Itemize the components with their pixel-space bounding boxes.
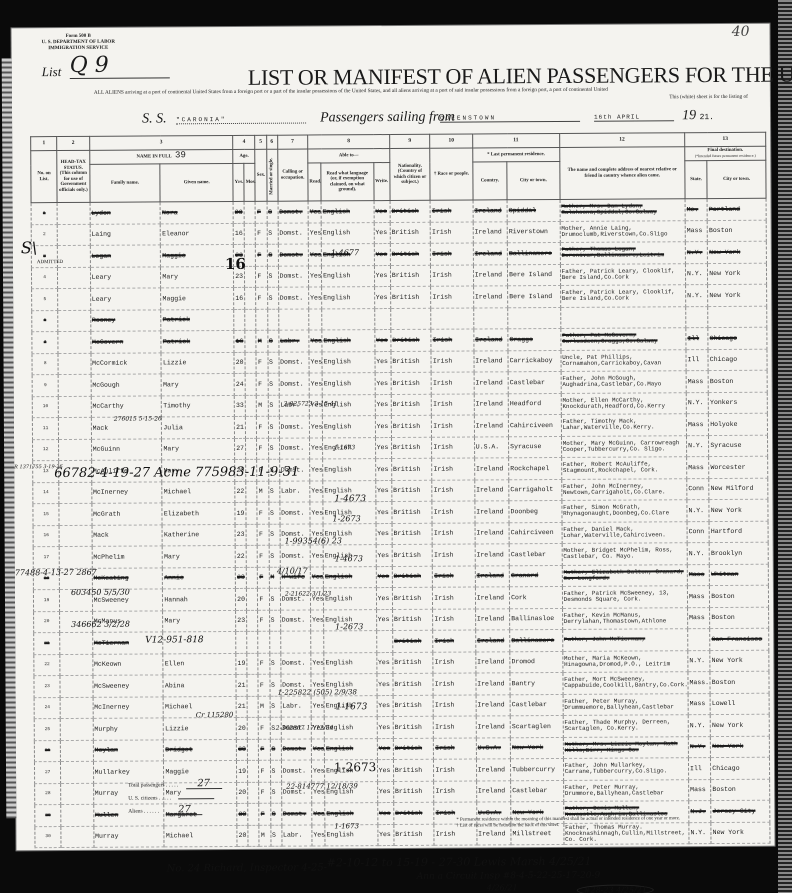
read-language [324, 631, 377, 653]
nationality: British [392, 609, 433, 631]
occupation: Domst. [281, 739, 311, 761]
age-years: 20 [237, 782, 248, 804]
head-tax-status [60, 632, 92, 654]
destination-city: Holyoke [709, 413, 768, 435]
destination-city: New York [710, 714, 769, 736]
age-months [248, 739, 259, 761]
nearest-relative: Mother, Annie Laing, Drumoclumb,Riversto… [560, 220, 685, 242]
note-row20: V12-951-818 [145, 635, 203, 645]
ship-line: S. S. "CARONIA" Passengers sailing from … [142, 108, 762, 130]
row-number: 10 [32, 396, 58, 418]
head-tax-status [59, 396, 91, 418]
can-write: Yes [378, 824, 394, 846]
nationality: British [391, 351, 432, 373]
occupation: Domst. [280, 545, 310, 567]
nationality: British [392, 544, 433, 566]
residence-city: Castlebar [510, 694, 563, 716]
marital-status: S [269, 524, 280, 546]
age-months [247, 696, 258, 718]
read-language: English [322, 265, 375, 287]
nearest-relative: Father, Thomas Logan, Derenivar,Ballinam… [560, 242, 685, 264]
race: Irish [432, 480, 475, 502]
row-number: 7 [32, 332, 58, 354]
residence-city: Cahirciveen [509, 522, 562, 544]
head-tax-status [58, 331, 90, 353]
destination-state: Mass [687, 586, 709, 608]
nearest-relative: Father, John Mullarkey, Carrane,Tubbercu… [563, 758, 688, 780]
residence-city: Ballinamore [507, 242, 560, 264]
nearest-relative: Mother, Mrs. Dan Lydon, Salahoona,Spidda… [560, 199, 685, 221]
given-name: Bridget [164, 739, 237, 761]
race: Irish [433, 651, 476, 673]
race: Irish [433, 694, 476, 716]
race: Irish [432, 523, 475, 545]
destination-city: Chicago [708, 349, 767, 371]
can-read [311, 631, 324, 653]
age-months [246, 438, 257, 460]
nearest-relative: Father, Pat McGovern, Curlusdeen,Craggs,… [561, 328, 686, 350]
sex: F [259, 739, 270, 761]
age-months [246, 395, 257, 417]
header-yrs: Yrs. [233, 163, 244, 201]
occupation: Domst. [279, 438, 309, 460]
given-name: Maggie [161, 287, 234, 309]
row-number: 26 [34, 740, 60, 762]
residence-country: Ireland [476, 716, 510, 738]
sex: F [257, 502, 268, 524]
marital-status: S [270, 696, 281, 718]
nearest-relative: Father, Peter Murray, Drummore,Ballyhean… [563, 779, 688, 801]
sex: F [256, 223, 267, 245]
nationality: British [391, 329, 432, 351]
residence-country: Ireland [474, 415, 508, 437]
destination-city: Worcester [709, 456, 768, 478]
row-number: 15 [33, 504, 59, 526]
header-family-name: Family name. [89, 164, 160, 202]
sex: F [258, 610, 269, 632]
row-number: 5 [32, 289, 58, 311]
nationality: British [390, 286, 431, 308]
residence-country: Ireland [475, 544, 509, 566]
sex: F [258, 588, 269, 610]
destination-state: Mass [689, 779, 711, 801]
admitted-stamp: ADMITTED [37, 260, 63, 265]
family-name: Mack [92, 524, 163, 546]
us-citizens-line: U. S. citizens . . . . . [128, 792, 222, 806]
read-language: English [321, 222, 374, 244]
head-tax-status [59, 503, 91, 525]
row-number: 12 [33, 439, 59, 461]
residence-city: Bere Island [508, 285, 561, 307]
nearest-relative: Father, Timothy Mack, Lahar,Waterville,C… [561, 414, 686, 436]
destination-state: Mass [686, 371, 708, 393]
head-tax-status [61, 804, 93, 826]
final-destination-label: Final destination. [707, 148, 743, 153]
row-number: 24 [34, 697, 60, 719]
row-number: 29 [35, 805, 61, 827]
destination-state: N.Y. [688, 650, 710, 672]
family-name: McInerney [91, 481, 162, 503]
margin-note-row16: 77488-4-13-27 2867 [15, 568, 97, 578]
nearest-relative: Father, Robert McAuliffe, Stagmount,Rock… [561, 457, 686, 479]
marital-status: S [267, 244, 278, 266]
given-name: Nora [160, 201, 233, 223]
departure-date: 16th APRIL [594, 113, 674, 121]
destination-state: Ill [688, 758, 710, 780]
head-tax-status [58, 288, 90, 310]
family-name: McGovern [90, 331, 161, 353]
nearest-relative: Mother, Maria McKeown, Hinagowna,Dromod,… [562, 650, 687, 672]
head-tax-status [58, 374, 90, 396]
nearest-relative: Father, Mort McSweeney, Cappabuide,Coolk… [563, 672, 688, 694]
sex: F [256, 244, 267, 266]
can-write: Yes [376, 545, 392, 567]
age-years: 16 [234, 330, 245, 352]
can-write: Yes [374, 265, 390, 287]
nationality: British [393, 738, 434, 760]
header-age: Age. [233, 149, 255, 163]
header-write: Write. [373, 163, 389, 201]
age-months [244, 223, 255, 245]
destination-state: Ill [686, 328, 708, 350]
age-years: 21 [236, 674, 247, 696]
destination-state: N.Y. [689, 822, 711, 844]
row-number: 25 [34, 719, 60, 741]
residence-city: Riverstown [507, 221, 560, 243]
residence-city: Dromod [510, 651, 563, 673]
can-read: Yes [310, 459, 323, 481]
marital-status: S [270, 739, 281, 761]
nationality: British [392, 523, 433, 545]
can-read: Yes [311, 652, 324, 674]
nearest-relative: Father, Thade Murphy, Derreen, Scartagle… [563, 715, 688, 737]
can-write: Yes [374, 244, 390, 266]
row-number: 28 [35, 783, 61, 805]
destination-city: Yonkers [708, 392, 767, 414]
race: Irish [433, 716, 476, 738]
occupation: Domst. [280, 610, 310, 632]
destination-city: Portland [707, 198, 766, 220]
row-number: 19 [33, 590, 59, 612]
col-num: 5 [255, 135, 266, 149]
marital-status: S [269, 653, 280, 675]
can-read: Yes [309, 437, 322, 459]
can-read: Yes [309, 351, 322, 373]
age-years: 19 [235, 502, 246, 524]
family-name: McSweeney [93, 675, 164, 697]
aliens-value: 27 [166, 805, 202, 815]
residence-city: Ballinasloe [510, 608, 563, 630]
can-write: Yes [377, 803, 393, 825]
nearest-relative: Father, Patrick Leary, Clooklif, Bere Is… [560, 263, 685, 285]
col-num: 2 [57, 136, 89, 150]
given-name: Patrick [161, 330, 234, 352]
row-number: 22 [34, 654, 60, 676]
nationality: British [393, 759, 434, 781]
age-months [248, 760, 259, 782]
nationality: British [390, 265, 431, 287]
departure-port: QUEENSTOWN [440, 114, 580, 123]
margin-note-row19: 346662 3/2/28 [71, 620, 130, 629]
marital-status: S [268, 395, 279, 417]
header-race: † Race or people. [430, 148, 473, 200]
occupation: Domst. [281, 803, 311, 825]
can-write: Yes [375, 437, 391, 459]
can-write: Yes [374, 330, 390, 352]
marital-status: S [269, 588, 280, 610]
age-years: 19 [236, 653, 247, 675]
nearest-relative: Mother, Bridget McPhelim, Ross, Castleba… [562, 543, 687, 565]
destination-city: Hartford [709, 521, 768, 543]
row-number: 20 [34, 611, 60, 633]
residence-city: Doonbeg [509, 500, 562, 522]
can-write: Yes [375, 351, 391, 373]
occupation: Domst. [281, 760, 311, 782]
marital-status: S [270, 803, 281, 825]
race: Irish [431, 351, 474, 373]
destination-state [688, 629, 710, 651]
header-read: Read. [308, 163, 321, 201]
residence-city: Castlebar [511, 780, 564, 802]
can-write: Yes [377, 695, 393, 717]
age-years: 23 [233, 201, 244, 223]
given-name: Mary [162, 438, 235, 460]
age-months [246, 416, 257, 438]
destination-state: Mass [687, 457, 709, 479]
destination-state: Me. [685, 199, 707, 221]
nationality: British [392, 587, 433, 609]
age-years: 20 [234, 352, 245, 374]
age-months [247, 674, 258, 696]
note-row24: 1-1673 [336, 702, 368, 712]
destination-state: Mass. [688, 672, 710, 694]
destination-city: New York [711, 822, 770, 844]
destination-state: Mass [688, 607, 710, 629]
residence-country: Ireland [475, 608, 509, 630]
can-read: Yes [311, 760, 324, 782]
nationality: British [391, 394, 432, 416]
read-language: English [323, 588, 376, 610]
race: Irish [431, 372, 474, 394]
given-name: Mary [161, 266, 234, 288]
residence-country: U.S.A. [476, 737, 510, 759]
destination-state: Mass [687, 564, 709, 586]
can-write: Yes [375, 480, 391, 502]
name-in-full-label: NAME IN FULL [136, 155, 171, 160]
residence-city: Spiddal [507, 199, 560, 221]
residence-country: Ireland [473, 243, 507, 265]
marital-status [269, 631, 280, 653]
race: Irish [433, 673, 476, 695]
race: Irish [432, 394, 475, 416]
can-read: Yes [310, 566, 323, 588]
note-row11-long: 66782-4-19-27 Acme 775983-11-9-31 [54, 465, 299, 481]
occupation: Labr. [281, 696, 311, 718]
nearest-relative: Father, Patrick Leary, Clooklif, Bere Is… [560, 285, 685, 307]
residence-country: Ireland [476, 651, 510, 673]
head-tax-status [57, 224, 89, 246]
ship-name: "CARONIA" [176, 116, 306, 125]
can-read: Yes [310, 545, 323, 567]
margin-note-row17: 603450 5/5/30 [71, 588, 130, 597]
head-tax-status [60, 718, 92, 740]
total-passengers-label: Total passengers [128, 782, 164, 788]
header-name-in-full: NAME IN FULL 39 [89, 149, 233, 164]
head-tax-status [61, 826, 93, 848]
note-row22: 1-225822 (505) 2/9/38 [278, 688, 357, 696]
race: Irish [432, 437, 475, 459]
age-months [248, 825, 259, 847]
can-read: Yes [311, 738, 324, 760]
age-years: 21 [236, 696, 247, 718]
marital-status: S [268, 373, 279, 395]
age-months [245, 287, 256, 309]
race: Irish [430, 222, 473, 244]
destination-city: Lowell [710, 693, 769, 715]
header-state: State. [685, 161, 707, 199]
family-name: Logan [90, 245, 161, 267]
occupation: Domst. [278, 266, 308, 288]
race [431, 308, 474, 330]
marital-status: S [269, 545, 280, 567]
row-number: 21 [34, 633, 60, 655]
residence-country: Ireland [474, 350, 508, 372]
sex: M [257, 395, 268, 417]
header-nationality: Nationality. (Country of which citizen o… [390, 148, 431, 200]
given-name: Annie [163, 567, 236, 589]
head-tax-status [60, 675, 92, 697]
sex: F [255, 201, 266, 223]
head-tax-status [59, 546, 91, 568]
can-read: Yes [309, 330, 322, 352]
bottom-note-date: 4/26/21 [487, 883, 518, 892]
age-months [246, 502, 257, 524]
residence-country: Ireland [473, 200, 507, 222]
nearest-relative: Mother, Elizabeth Dalton, Granard, Co. L… [562, 564, 687, 586]
nationality: British [393, 630, 434, 652]
residence-country: Ireland [475, 501, 509, 523]
marital-status: S [270, 825, 281, 847]
subtitle: ALL ALIENS arriving at a port of contine… [94, 86, 754, 97]
scan-edge [778, 0, 792, 893]
nationality: British [394, 802, 435, 824]
family-name: McKeown [92, 653, 163, 675]
can-write: Yes [377, 781, 393, 803]
bottom-note-ranges: #2-10-12 to 15-19 - 27-30 Lewis Marsh 4/… [327, 855, 592, 870]
header-given-name: Given name. [160, 163, 233, 201]
final-destination-note: (*Intended future permanent residence.) [695, 153, 756, 157]
can-write: Yes [376, 588, 392, 610]
race: Irish [434, 759, 477, 781]
can-write: Yes [377, 738, 393, 760]
sailing-label: Passengers sailing from [320, 110, 455, 127]
destination-city: New York [710, 650, 769, 672]
age-years: 23 [235, 524, 246, 546]
family-name: McGrath [92, 503, 163, 525]
age-correction-row2: 16 [225, 255, 246, 273]
race: Irish [434, 780, 477, 802]
race: Irish [433, 566, 476, 588]
can-read: Yes [308, 265, 321, 287]
marital-status: S [269, 610, 280, 632]
margin-note-row24: Cr 115280 [196, 711, 234, 719]
col-num: 4 [233, 135, 255, 149]
note-row2: 1-4677 [331, 248, 359, 257]
can-write: Yes [375, 394, 391, 416]
read-language: English [322, 330, 375, 352]
header-read-language: Read what language (or, if exemption cla… [321, 163, 374, 201]
occupation: Labr. [278, 330, 308, 352]
destination-city: Boston [707, 220, 766, 242]
residence-country: Ireland [474, 393, 508, 415]
race: Irish [432, 458, 475, 480]
note-row25: 2-362867 17/12/34 [276, 724, 334, 731]
head-tax-status [59, 439, 91, 461]
head-tax-status [60, 654, 92, 676]
age-months [248, 782, 259, 804]
sex: F [258, 545, 269, 567]
nationality: British [392, 480, 433, 502]
destination-city: New York [708, 284, 767, 306]
race: Irish [432, 544, 475, 566]
sex: F [259, 782, 270, 804]
sex: F [257, 416, 268, 438]
residence-city: Headford [508, 393, 561, 415]
destination-state: N.Y. [687, 543, 709, 565]
head-tax-status [59, 525, 91, 547]
header-mos: Mos. [244, 163, 255, 201]
col-num: 13 [685, 132, 766, 146]
note-row7: 2-825723 3-15-41 [284, 400, 338, 407]
destination-state: Mass [688, 693, 710, 715]
destination-city: New York [708, 263, 767, 285]
head-tax-status [61, 783, 93, 805]
nationality: British [390, 222, 431, 244]
given-name: Mary [163, 610, 236, 632]
nationality: British [393, 695, 434, 717]
family-name: Rooney [90, 309, 161, 331]
head-tax-status [59, 482, 91, 504]
race: Irish [430, 200, 473, 222]
nationality: British [393, 652, 434, 674]
nearest-relative: Father, Patrick McSweeney, 13, Desmonds … [562, 586, 687, 608]
age-months [247, 717, 258, 739]
residence-country: Ireland [475, 565, 509, 587]
header-no-on-list: No. on List. [31, 151, 58, 203]
can-read: Yes [312, 803, 325, 825]
nearest-relative: Father, Simon McGrath, Rhynagonaught,Doo… [562, 500, 687, 522]
sex: F [257, 438, 268, 460]
age-months [247, 653, 258, 675]
read-language: English [324, 738, 377, 760]
residence-city: Rockchapel [509, 457, 562, 479]
age-years: 23 [235, 567, 246, 589]
header-able-to: Able to— [308, 149, 390, 164]
can-write: Yes [376, 523, 392, 545]
us-citizens-label: U. S. citizens [128, 795, 157, 801]
note-row27: 1-2673 [334, 760, 376, 774]
destination-city: New York [709, 499, 768, 521]
residence-country: U.S.A. [474, 436, 508, 458]
destination-city: Jersey City [711, 800, 770, 822]
can-read: Yes [308, 244, 321, 266]
nationality: British [390, 200, 431, 222]
given-name: Lizzie [161, 352, 234, 374]
race: Irish [431, 265, 474, 287]
given-name: Eleanor [161, 223, 234, 245]
residence-city: Ballinamore [510, 629, 563, 651]
can-write: Yes [376, 609, 392, 631]
